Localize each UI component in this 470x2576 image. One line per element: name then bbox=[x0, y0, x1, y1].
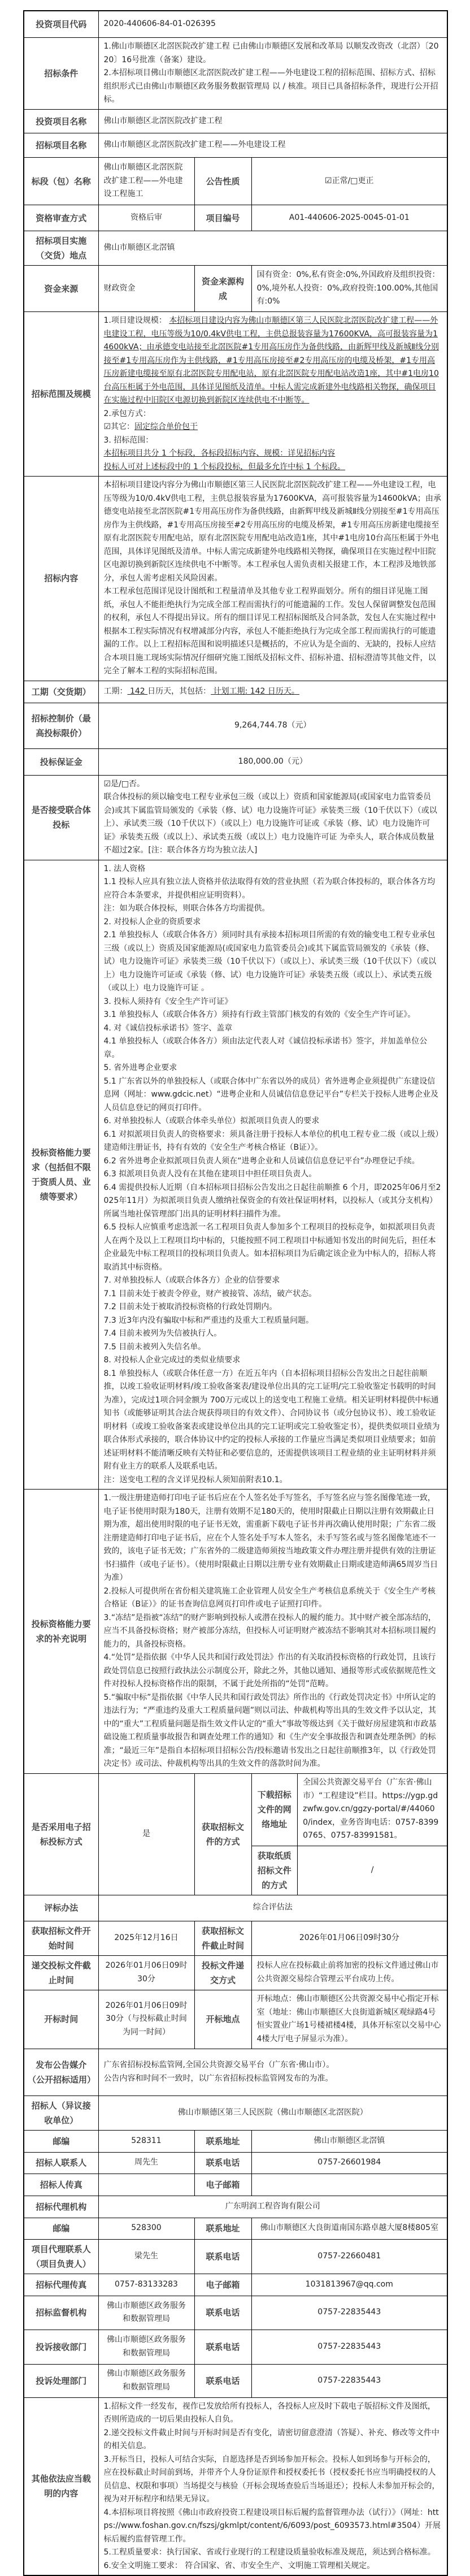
row-consortium-bidding: 是否接受联合体投标 ☑是/□否。 联合体投标的须以输变电工程专业承包三级（或以上… bbox=[24, 775, 447, 860]
row-other-contents: 其他依法应当载明的内容 1.招标文件一经发布，视作已发放给所有投标人，各投标人应… bbox=[24, 2397, 447, 2575]
tender-project-name-value: 佛山市顺德区北滘医院改扩建工程——外电建设工程 bbox=[98, 133, 447, 158]
row-qualification-review: 资格审查方式 资格后审 项目编号 A01-440606-2025-0045-01… bbox=[24, 205, 447, 231]
project-number-value: A01-440606-2025-0045-01-01 bbox=[251, 205, 447, 231]
row-qualification-supplement: 投标资格能力要求的补充说明 1.一级注册建造师打印电子证书后应在个人签名处手写签… bbox=[24, 1490, 447, 1774]
tender-content-label: 招标内容 bbox=[24, 477, 98, 681]
investment-code-label: 投资项目代码 bbox=[24, 11, 98, 38]
tenderer-fax-value bbox=[98, 2174, 194, 2196]
bidder-qualification-value: 1. 法人资格 1.1 投标人应具有独立法人资格并依法取得有效的营业执照（若为联… bbox=[98, 860, 447, 1490]
bid-opening-time-value: 2026年01月06日09时30分（与投标截止时间为同一时间） bbox=[98, 1990, 194, 2049]
row-construction-period: 工期（交货期） 工期： 142 日历天，其包括： 计划工期: 142 日历天。 bbox=[24, 681, 447, 703]
row-fund-source: 资金来源 财政资金 资金来源构成 国有资金：0%,私有资金:0%,外国政府及组织… bbox=[24, 266, 447, 312]
paper-documents-value: / bbox=[298, 1846, 447, 1895]
tender-content-value: 本招标项目建设内容分为佛山市顺德区第三人民医院北滘医院改扩建工程——外电建设工程… bbox=[98, 477, 447, 681]
announcement-media-label: 发布公告媒介（公开招标适用） bbox=[24, 2049, 98, 2096]
bid-bond-value: 180,000.00（元） bbox=[98, 748, 447, 775]
row-section-name: 标段（包）名称 佛山市顺德区北滘医院改扩建工程——外电建设工程施工 公告性质 ☑… bbox=[24, 158, 447, 205]
notice-nature-label: 公告性质 bbox=[194, 158, 251, 205]
tenderer-email-label: 电子邮箱 bbox=[194, 2174, 251, 2196]
project-number-label: 项目编号 bbox=[194, 205, 251, 231]
tender-notice-page: 投资项目代码 2020-440606-84-01-026395 招标条件 1.佛… bbox=[0, 0, 470, 2323]
scope-item3-title: 3. 招标范围： bbox=[104, 434, 442, 448]
subrow-download-address: 下载招标文件的网络地址 全国公共资源交易平台（广东省·佛山市）“工程建设”栏目。… bbox=[252, 1774, 447, 1846]
agency-address-label: 联系地址 bbox=[194, 2218, 251, 2239]
tender-project-name-label: 招标项目名称 bbox=[24, 133, 98, 158]
tenderer-postcode-label: 邮编 bbox=[24, 2130, 98, 2152]
other-contents-label: 其他依法应当载明的内容 bbox=[24, 2397, 98, 2575]
scope-item2-value: ☑其它：固定综合单价包干 bbox=[104, 421, 442, 434]
period-mid: 日历天，其包括： bbox=[147, 687, 211, 696]
scope-contract-mode: 固定综合单价包干 bbox=[134, 422, 198, 431]
download-address-value: 全国公共资源交易平台（广东省·佛山市）“工程建设”栏目。https://ygp.… bbox=[298, 1774, 447, 1846]
row-electronic-bidding: 是否采用电子招标投标方式 是 获取招标文件的方式 下载招标文件的网络地址 全国公… bbox=[24, 1773, 447, 1895]
tenderer-phone-value: 0757-26601984 bbox=[251, 2152, 447, 2174]
submission-method-label: 投标文件递交方式 bbox=[194, 1955, 251, 1990]
tender-conditions-label: 招标条件 bbox=[24, 38, 98, 110]
complaint-receiving-phone-value: 0757-22835443 bbox=[251, 2330, 447, 2364]
tender-scope-label: 招标范围及规模 bbox=[24, 312, 98, 477]
tenderer-contact-label: 招标人联系人 bbox=[24, 2152, 98, 2174]
obtain-documents-subtable: 下载招标文件的网络地址 全国公共资源交易平台（广东省·佛山市）“工程建设”栏目。… bbox=[252, 1774, 447, 1895]
scope-item1-text: 本招标项目建设内容为佛山市顺德区第三人民医院北滘医院改扩建工程——外电建设工程，… bbox=[104, 316, 439, 405]
row-investment-code: 投资项目代码 2020-440606-84-01-026395 bbox=[24, 11, 447, 38]
scope-item3-line1: 本招标项目共分 1 个标段，各标段招标内容、规模：详见招标内容 bbox=[104, 447, 442, 461]
construction-period-value: 工期： 142 日历天，其包括： 计划工期: 142 日历天。 bbox=[98, 681, 447, 703]
electronic-bidding-value: 是 bbox=[98, 1773, 194, 1895]
period-plan: 计划工期: 142 日历天。 bbox=[211, 687, 299, 696]
complaint-receiving-phone-label: 联系电话 bbox=[194, 2330, 251, 2364]
agency-phone-value: 0757-22660481 bbox=[251, 2239, 447, 2274]
consortium-requirement-text: 联合体投标的须以输变电工程专业承包三级（或以上）资质和国家能源局(或国家电力监管… bbox=[104, 791, 442, 858]
supervision-phone-value: 0757-22835443 bbox=[251, 2296, 447, 2330]
complaint-handling-value: 佛山市顺德区政务服务和数据管理局 bbox=[98, 2364, 194, 2397]
obtain-start-time-label: 获取招标文件开始时间 bbox=[24, 1921, 98, 1955]
section-name-value: 佛山市顺德区北滘医院改扩建工程——外电建设工程施工 bbox=[98, 158, 194, 205]
row-bid-opening-time: 开标时间 2026年01月06日09时30分（与投标截止时间为同一时间） 开标地… bbox=[24, 1990, 447, 2049]
agency-email-label: 电子邮箱 bbox=[194, 2274, 251, 2296]
tenderer-postcode-value: 528311 bbox=[98, 2130, 194, 2152]
bid-bond-label: 投标保证金 bbox=[24, 748, 98, 775]
fund-source-label: 资金来源 bbox=[24, 266, 98, 312]
agency-email-value: 1031813967@qq.com bbox=[251, 2274, 447, 2296]
tenderer-address-label: 联系地址 bbox=[194, 2130, 251, 2152]
row-agency-postcode: 邮编 528300 联系地址 佛山市顺德区大良街道南国东路卓越大厦8楼805室 bbox=[24, 2218, 447, 2239]
submission-deadline-label: 递交投标文件截止时间 bbox=[24, 1955, 98, 1990]
obtain-documents-label: 获取招标文件的方式 bbox=[194, 1773, 251, 1895]
complaint-handling-label: 投诉处理部门 bbox=[24, 2364, 98, 2397]
evaluation-method-label: 评标办法 bbox=[24, 1895, 98, 1921]
row-tenderer-contact: 招标人联系人 周先生 联系电话 0757-26601984 bbox=[24, 2152, 447, 2174]
tenderer-value: 佛山市顺德区第三人民医院（佛山市顺德区北滘医院） bbox=[98, 2096, 447, 2130]
tenderer-fax-label: 招标人传真 bbox=[24, 2174, 98, 2196]
period-days: 142 bbox=[128, 687, 148, 696]
qualification-review-label: 资格审查方式 bbox=[24, 205, 98, 231]
agency-fax-label: 招标代理传真 bbox=[24, 2274, 98, 2296]
row-tenderer-postcode: 邮编 528311 联系地址 佛山市顺德区北滘镇 bbox=[24, 2130, 447, 2152]
announcement-media-value: 广东省招标投标监管网,全国公共资源交易平台（广东省·佛山市）。 公告内容和时间不… bbox=[98, 2049, 447, 2096]
row-complaint-handling: 投诉处理部门 佛山市顺德区政务服务和数据管理局 联系电话 0757-228354… bbox=[24, 2364, 447, 2397]
section-name-label: 标段（包）名称 bbox=[24, 158, 98, 205]
obtain-deadline-value: 2026年01月06日09时30分 bbox=[251, 1921, 447, 1955]
tenderer-label: 招标人（异议接收单位） bbox=[24, 2096, 98, 2130]
scope-item1: 1.项目建设规模： 本招标项目建设内容为佛山市顺德区第三人民医院北滘医院改扩建工… bbox=[104, 314, 442, 408]
row-document-obtain-time: 获取招标文件开始时间 2025年12月16日 获取招标文件截止时间 2026年0… bbox=[24, 1921, 447, 1955]
period-prefix: 工期： bbox=[104, 687, 128, 696]
bid-opening-time-label: 开标时间 bbox=[24, 1990, 98, 2049]
consortium-bidding-label: 是否接受联合体投标 bbox=[24, 775, 98, 860]
investment-project-name-label: 投资项目名称 bbox=[24, 110, 98, 133]
row-submission-deadline: 递交投标文件截止时间 2026年01月06日09时30分 投标文件递交方式 投标… bbox=[24, 1955, 447, 1990]
submission-deadline-value: 2026年01月06日09时30分 bbox=[98, 1955, 194, 1990]
row-tender-project-name: 招标项目名称 佛山市顺德区北滘医院改扩建工程——外电建设工程 bbox=[24, 133, 447, 158]
row-evaluation-method: 评标办法 综合评估法 bbox=[24, 1895, 447, 1921]
consortium-checkbox-line: ☑是/□否。 bbox=[104, 778, 442, 791]
tenderer-email-value bbox=[251, 2174, 447, 2196]
agency-postcode-value: 528300 bbox=[98, 2218, 194, 2239]
evaluation-method-value: 综合评估法 bbox=[98, 1895, 447, 1921]
fund-composition-value: 国有资金：0%,私有资金:0%,外国政府及组织投资：0%,境外私人投资：0%,政… bbox=[251, 266, 447, 312]
fund-composition-label: 资金来源构成 bbox=[194, 266, 251, 312]
obtain-deadline-label: 获取招标文件截止时间 bbox=[194, 1921, 251, 1955]
tender-scope-value: 1.项目建设规模： 本招标项目建设内容为佛山市顺德区第三人民医院北滘医院改扩建工… bbox=[98, 312, 447, 477]
agency-contact-value: 梁先生 bbox=[98, 2239, 194, 2274]
row-bid-bond: 投标保证金 180,000.00（元） bbox=[24, 748, 447, 775]
construction-period-label: 工期（交货期） bbox=[24, 681, 98, 703]
qualification-review-value: 资格后审 bbox=[98, 205, 194, 231]
tenderer-contact-value: 周先生 bbox=[98, 2152, 194, 2174]
complaint-handling-phone-value: 0757-22835443 bbox=[251, 2364, 447, 2397]
notice-nature-value: ☑正常/□更正 bbox=[251, 158, 447, 205]
fund-source-value: 财政资金 bbox=[98, 266, 194, 312]
row-agency-contact: 项目代理联系人（项目负责人） 梁先生 联系电话 0757-22660481 bbox=[24, 2239, 447, 2274]
row-agency-fax: 招标代理传真 0757-83133283 电子邮箱 1031813967@qq.… bbox=[24, 2274, 447, 2296]
obtain-start-time-value: 2025年12月16日 bbox=[98, 1921, 194, 1955]
complaint-receiving-value: 佛山市顺德区政务服务和数据管理局 bbox=[98, 2330, 194, 2364]
complaint-handling-phone-label: 联系电话 bbox=[194, 2364, 251, 2397]
bid-opening-place-value: 开标地点：佛山市顺德区公共资源交易中心指定开标室（地址：佛山市顺德区大良街道新城… bbox=[251, 1990, 447, 2049]
delivery-location-value: 佛山市顺德区北滘镇 bbox=[98, 231, 447, 266]
agency-address-value: 佛山市顺德区大良街道南国东路卓越大厦8楼805室 bbox=[251, 2218, 447, 2239]
consortium-bidding-value: ☑是/□否。 联合体投标的须以输变电工程专业承包三级（或以上）资质和国家能源局(… bbox=[98, 775, 447, 860]
checkbox-checked-other: ☑其它： bbox=[104, 422, 135, 431]
agency-value: 广东明润工程咨询有限公司 bbox=[98, 2196, 447, 2218]
row-tender-scope: 招标范围及规模 1.项目建设规模： 本招标项目建设内容为佛山市顺德区第三人民医院… bbox=[24, 312, 447, 477]
row-announcement-media: 发布公告媒介（公开招标适用） 广东省招标投标监管网,全国公共资源交易平台（广东省… bbox=[24, 2049, 447, 2096]
subrow-paper-documents: 获取纸质招标文件的方式 / bbox=[252, 1846, 447, 1895]
row-supervision-agency: 招标监督机构 佛山市顺德区政务服务和数据管理局 联系电话 0757-228354… bbox=[24, 2296, 447, 2330]
row-control-price: 招标控制价（最高投标限价） 9,264,744.78（元） bbox=[24, 703, 447, 748]
row-complaint-receiving: 投诉接收部门 佛山市顺德区政务服务和数据管理局 联系电话 0757-228354… bbox=[24, 2330, 447, 2364]
row-tenderer: 招标人（异议接收单位） 佛山市顺德区第三人民医院（佛山市顺德区北滘医院） bbox=[24, 2096, 447, 2130]
supervision-agency-label: 招标监督机构 bbox=[24, 2296, 98, 2330]
agency-postcode-label: 邮编 bbox=[24, 2218, 98, 2239]
qualification-supplement-label: 投标资格能力要求的补充说明 bbox=[24, 1490, 98, 1774]
row-tender-conditions: 招标条件 1.佛山市顺德区北滘医院改扩建工程 已由佛山市顺德区发展和改革局 以顺… bbox=[24, 38, 447, 110]
obtain-documents-detail: 下载招标文件的网络地址 全国公共资源交易平台（广东省·佛山市）“工程建设”栏目。… bbox=[251, 1773, 447, 1895]
bidder-qualification-label: 投标资格能力要求（包括但不限于资质人员、业绩等要求） bbox=[24, 860, 98, 1490]
tenderer-phone-label: 联系电话 bbox=[194, 2152, 251, 2174]
control-price-label: 招标控制价（最高投标限价） bbox=[24, 703, 98, 748]
supervision-phone-label: 联系电话 bbox=[194, 2296, 251, 2330]
tenderer-address-value: 佛山市顺德区北滘镇 bbox=[251, 2130, 447, 2152]
download-address-label: 下载招标文件的网络地址 bbox=[252, 1774, 298, 1846]
scope-item3-line2: 投标人可对上述标段中的 1 个标段投标，但最多允许中标 1 个标段。 bbox=[104, 461, 442, 474]
row-tender-content: 招标内容 本招标项目建设内容分为佛山市顺德区第三人民医院北滘医院改扩建工程——外… bbox=[24, 477, 447, 681]
investment-project-name-value: 佛山市顺德区北滘医院改扩建工程 bbox=[98, 110, 447, 133]
agency-contact-label: 项目代理联系人（项目负责人） bbox=[24, 2239, 98, 2274]
investment-code-value: 2020-440606-84-01-026395 bbox=[98, 11, 447, 38]
row-bidder-qualification: 投标资格能力要求（包括但不限于资质人员、业绩等要求） 1. 法人资格 1.1 投… bbox=[24, 860, 447, 1490]
tender-conditions-value: 1.佛山市顺德区北滘医院改扩建工程 已由佛山市顺德区发展和改革局 以顺发改资改（… bbox=[98, 38, 447, 110]
row-investment-project-name: 投资项目名称 佛山市顺德区北滘医院改扩建工程 bbox=[24, 110, 447, 133]
bid-opening-place-label: 开标地点 bbox=[194, 1990, 251, 2049]
control-price-value: 9,264,744.78（元） bbox=[98, 703, 447, 748]
electronic-bidding-label: 是否采用电子招标投标方式 bbox=[24, 1773, 98, 1895]
row-tenderer-fax: 招标人传真 电子邮箱 bbox=[24, 2174, 447, 2196]
scope-item2-title: 2.承包方式： bbox=[104, 408, 442, 421]
supervision-agency-value: 佛山市顺德区政务服务和数据管理局 bbox=[98, 2296, 194, 2330]
agency-fax-value: 0757-83133283 bbox=[98, 2274, 194, 2296]
agency-phone-label: 联系电话 bbox=[194, 2239, 251, 2274]
delivery-location-label: 招标项目实施（交货）地点 bbox=[24, 231, 98, 266]
scope-item1-prefix: 1.项目建设规模： bbox=[104, 316, 169, 325]
row-delivery-location: 招标项目实施（交货）地点 佛山市顺德区北滘镇 bbox=[24, 231, 447, 266]
qualification-supplement-value: 1.一级注册建造师打印电子证书后应在个人签名处手写签名，手写签名应与签名图像笔迹… bbox=[98, 1490, 447, 1774]
agency-label: 招标代理机构 bbox=[24, 2196, 98, 2218]
paper-documents-label: 获取纸质招标文件的方式 bbox=[252, 1846, 298, 1895]
tender-notice-table: 投资项目代码 2020-440606-84-01-026395 招标条件 1.佛… bbox=[23, 10, 448, 2576]
row-agency: 招标代理机构 广东明润工程咨询有限公司 bbox=[24, 2196, 447, 2218]
submission-method-value: 投标人应在投标截止前将加密的投标文件通过佛山市公共资源交易综合管理云平台成功上传… bbox=[251, 1955, 447, 1990]
other-contents-value: 1.招标文件一经发布，视作已发放给所有投标人，各投标人应及时下载电子版招标文件及… bbox=[98, 2397, 447, 2575]
complaint-receiving-label: 投诉接收部门 bbox=[24, 2330, 98, 2364]
